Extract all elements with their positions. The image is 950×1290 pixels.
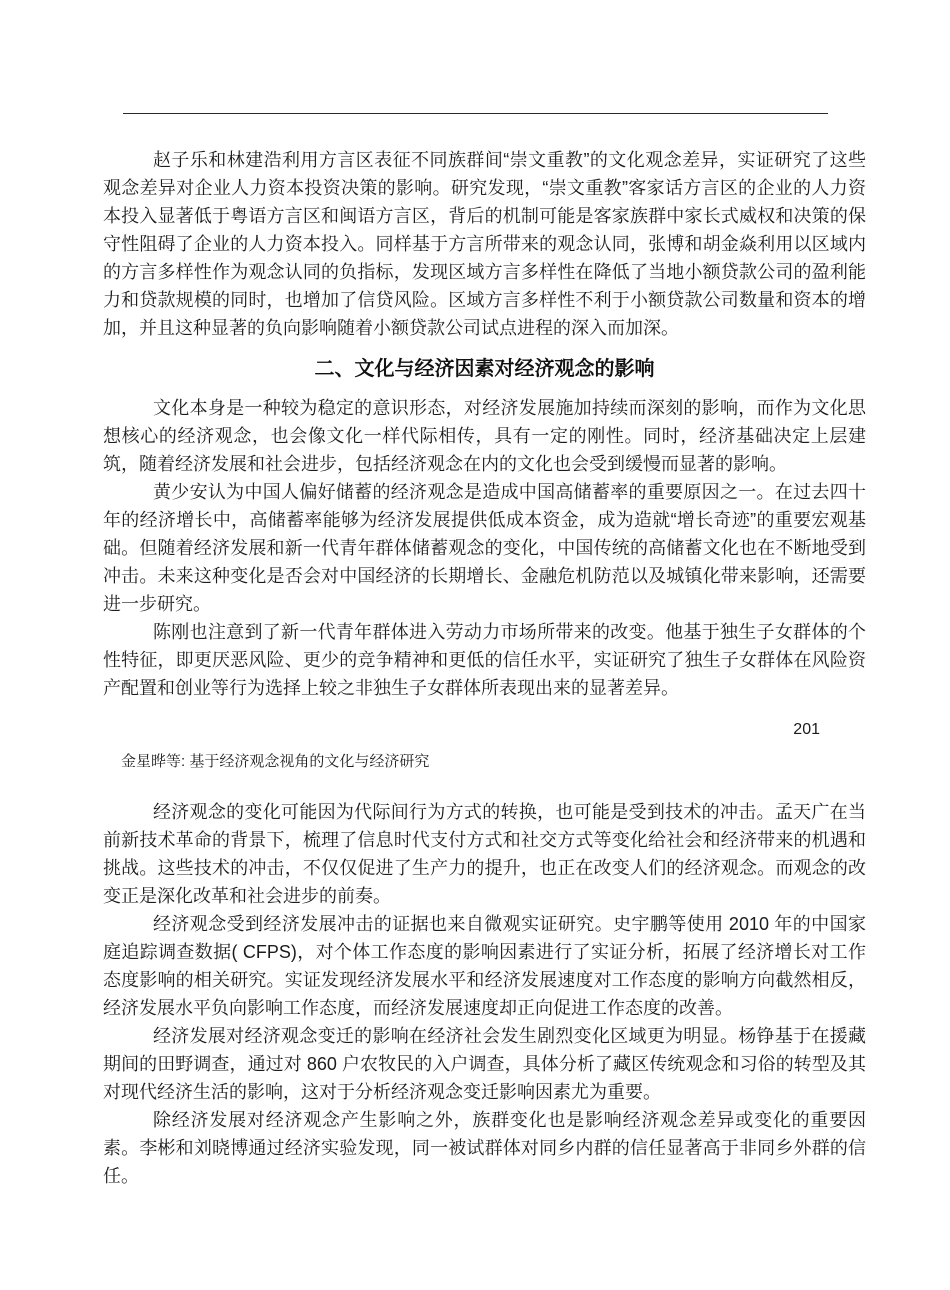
paragraph-dialect-culture: 赵子乐和林建浩利用方言区表征不同族群间“崇文重教”的文化观念差异，实证研究了这些… [103,146,866,342]
footnote-divider-rule [123,113,828,114]
page-number: 201 [793,716,820,744]
paragraph-cfps-evidence: 经济观念受到经济发展冲击的证据也来自微观实证研究。史宇鹏等使用 2010 年的中… [103,910,866,1022]
paragraph-ethnic-trust: 除经济发展对经济观念产生影响之外，族群变化也是影响经济观念差异或变化的重要因素。… [103,1106,866,1190]
section-heading: 二、文化与经济因素对经济观念的影响 [103,354,866,384]
paragraph-tibet-survey: 经济发展对经济观念变迁的影响在经济社会发生剧烈变化区域更为明显。杨铮基于在援藏期… [103,1022,866,1106]
running-header: 金星晔等: 基于经济观念视角的文化与经济研究 [121,750,429,774]
paragraph-culture-ideology: 文化本身是一种较为稳定的意识形态，对经济发展施加持续而深刻的影响，而作为文化思想… [103,394,866,478]
paragraph-only-child: 陈刚也注意到了新一代青年群体进入劳动力市场所带来的改变。他基于独生子女群体的个性… [103,618,866,702]
paragraph-saving-preference: 黄少安认为中国人偏好储蓄的经济观念是造成中国高储蓄率的重要原因之一。在过去四十年… [103,478,866,618]
page1-body-column: 赵子乐和林建浩利用方言区表征不同族群间“崇文重教”的文化观念差异，实证研究了这些… [103,146,866,702]
page2-body-column: 经济观念的变化可能因为代际间行为方式的转换，也可能是受到技术的冲击。孟天广在当前… [103,798,866,1190]
document-page: 赵子乐和林建浩利用方言区表征不同族群间“崇文重教”的文化观念差异，实证研究了这些… [0,0,950,1290]
paragraph-technology-shock: 经济观念的变化可能因为代际间行为方式的转换，也可能是受到技术的冲击。孟天广在当前… [103,798,866,910]
